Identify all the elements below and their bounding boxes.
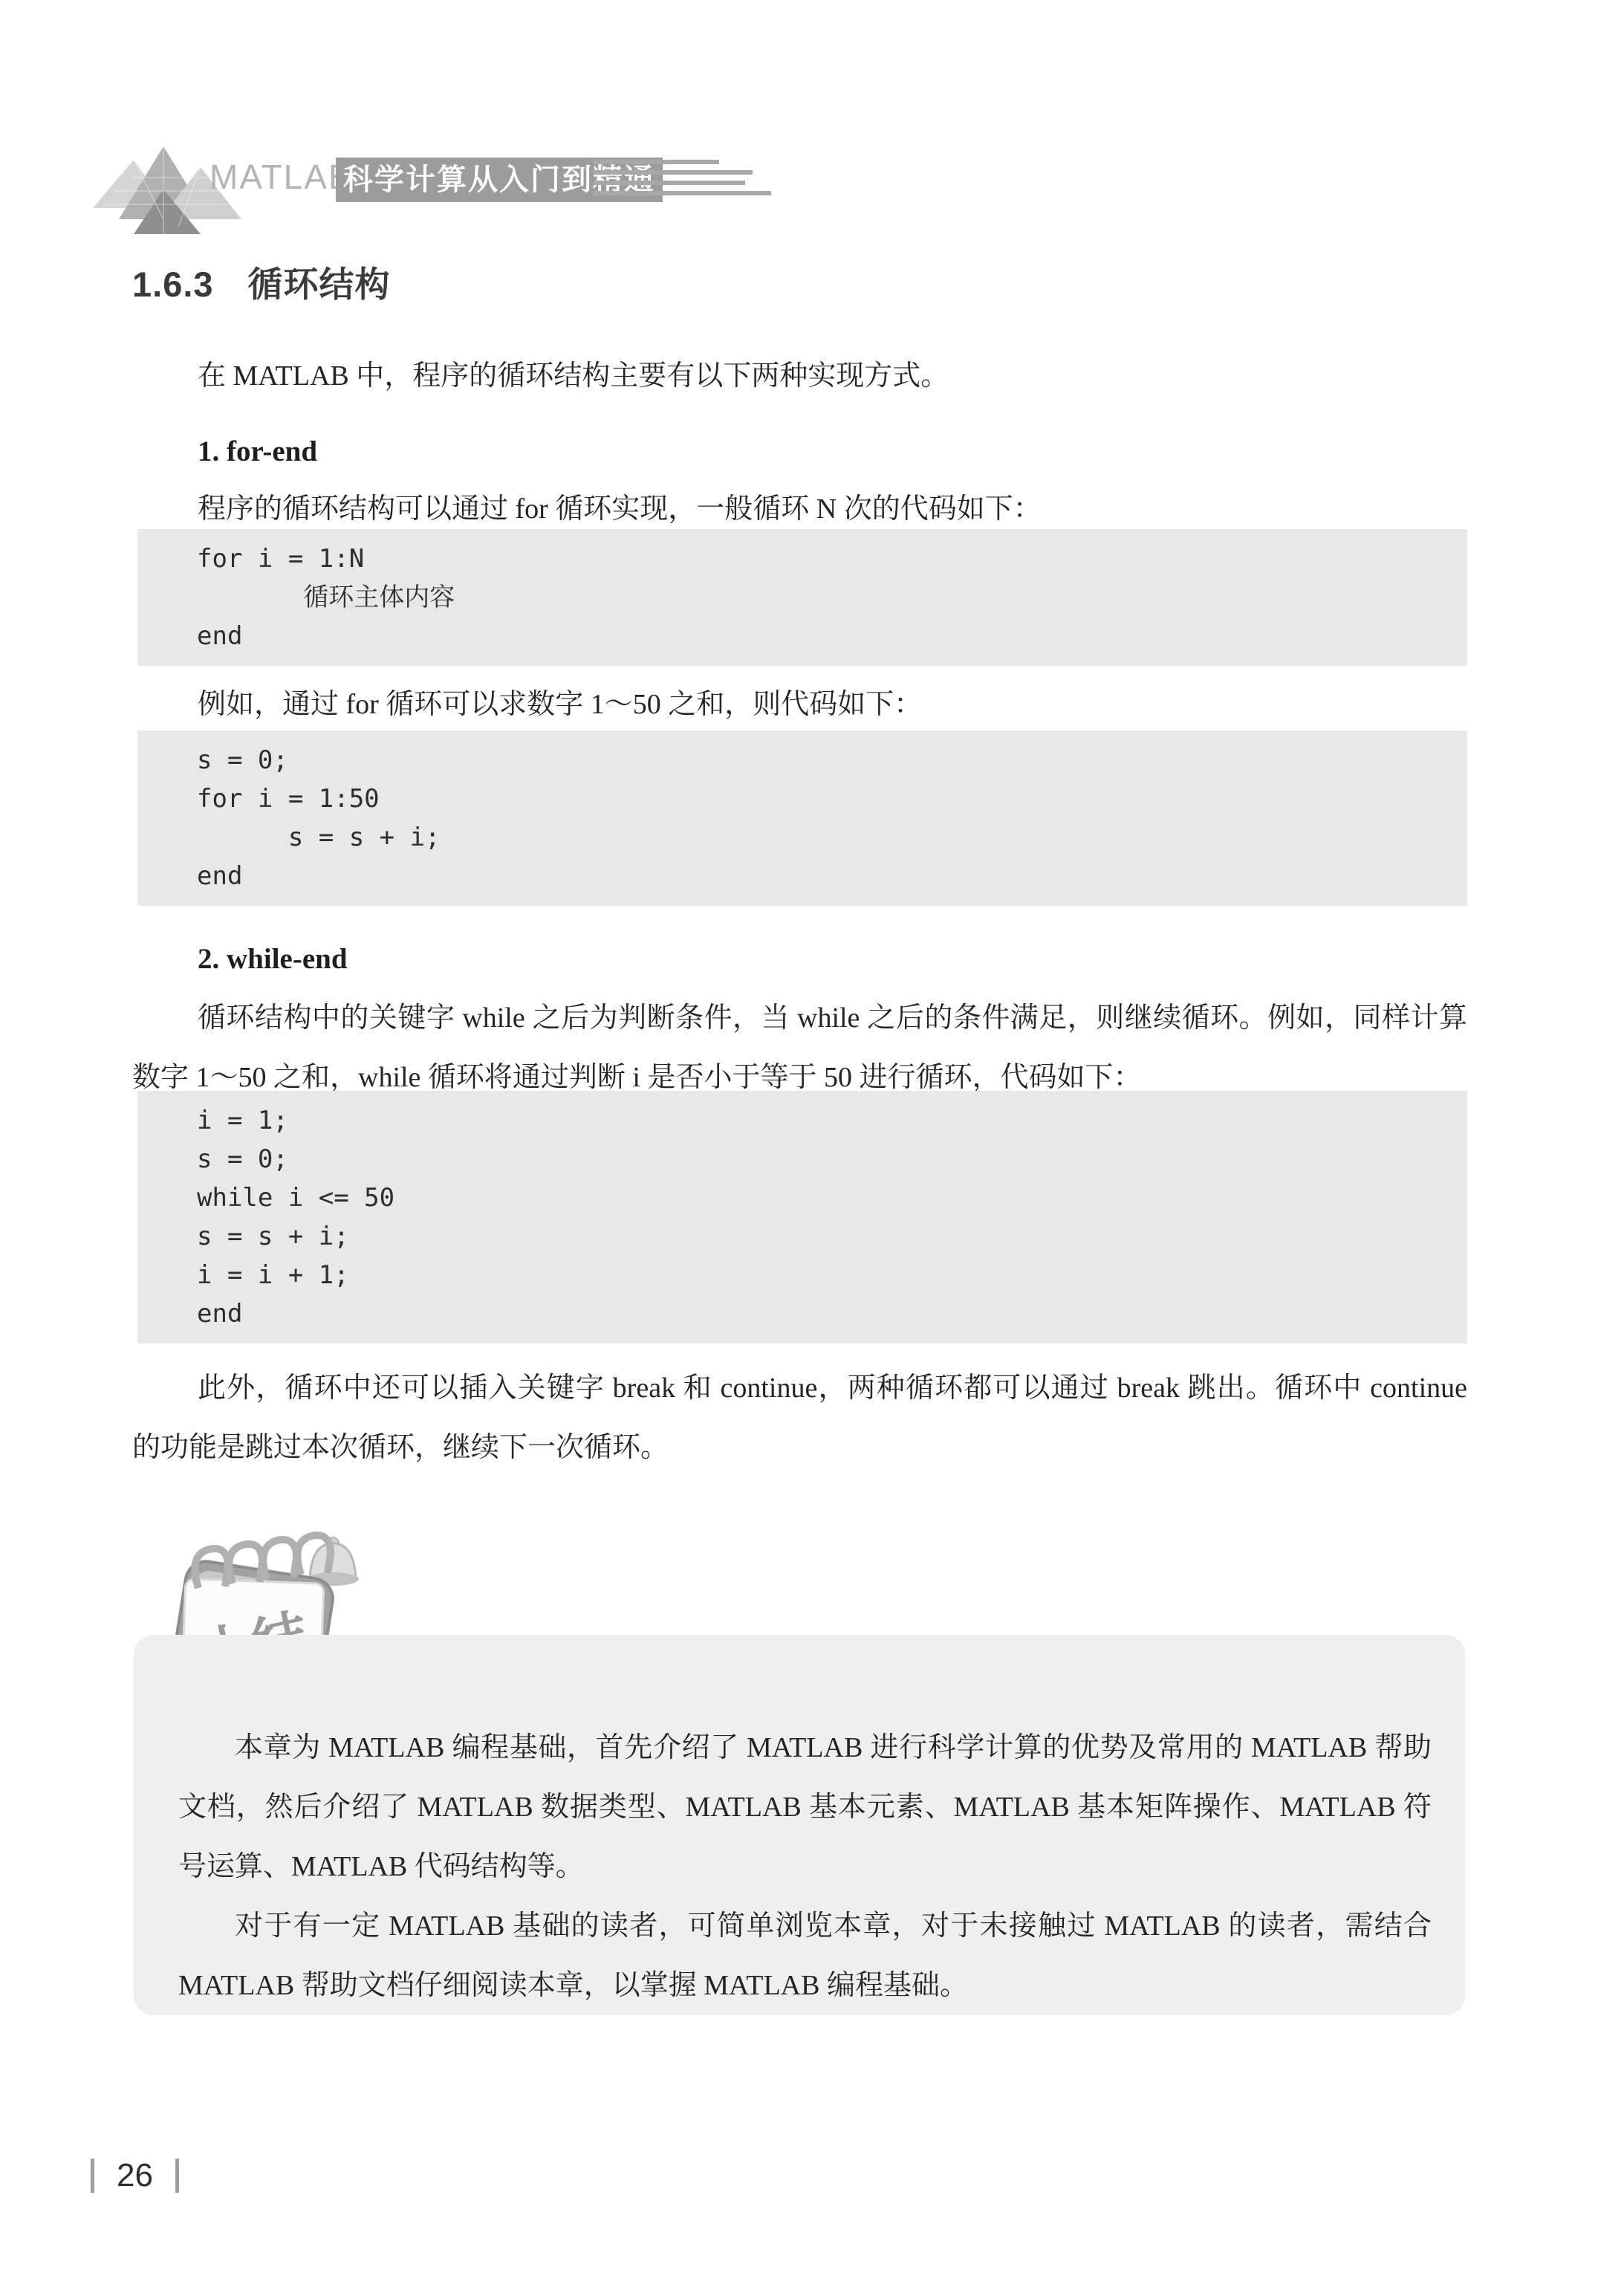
section-number: 1.6.3 xyxy=(132,265,214,304)
while-end-heading: 2. while-end xyxy=(198,942,348,976)
page-header: MATLAB 科学计算从入门到精通 xyxy=(89,137,817,242)
section-title: 1.6.3循环结构 xyxy=(132,257,391,307)
banner-line-2 xyxy=(593,170,753,175)
brand-text: MATLAB xyxy=(210,157,353,197)
code-block-while-sum: i = 1; s = 0; while i <= 50 s = s + i; i… xyxy=(137,1091,1467,1343)
while-end-lead: 循环结构中的关键字 while 之后为判断条件，当 while 之后的条件满足，… xyxy=(132,988,1467,1107)
summary-paragraph: 本章为 MATLAB 编程基础，首先介绍了 MATLAB 进行科学计算的优势及常… xyxy=(178,1718,1432,1896)
footer-bar-right xyxy=(175,2159,179,2193)
summary-paragraph: 对于有一定 MATLAB 基础的读者，可简单浏览本章，对于未接触过 MATLAB… xyxy=(178,1896,1432,2015)
page-number-footer: 26 xyxy=(91,2157,179,2194)
footer-bar-left xyxy=(91,2159,94,2193)
summary-box: 本章为 MATLAB 编程基础，首先介绍了 MATLAB 进行科学计算的优势及常… xyxy=(134,1635,1465,2015)
banner-line-4 xyxy=(593,191,771,195)
intro-paragraph: 在 MATLAB 中，程序的循环结构主要有以下两种实现方式。 xyxy=(132,346,1467,406)
section-title-text: 循环结构 xyxy=(248,265,391,304)
for-example-lead: 例如，通过 for 循环可以求数字 1～50 之和，则代码如下： xyxy=(132,675,1467,734)
banner-title: 科学计算从入门到精通 xyxy=(336,158,663,202)
banner-line-3 xyxy=(593,181,745,185)
code-block-for-template: for i = 1:N 循环主体内容 end xyxy=(137,529,1467,666)
for-end-heading: 1. for-end xyxy=(198,435,317,468)
code-block-for-sum: s = 0; for i = 1:50 s = s + i; end xyxy=(137,730,1467,906)
break-continue-note: 此外，循环中还可以插入关键字 break 和 continue，两种循环都可以通… xyxy=(132,1358,1467,1477)
page-number: 26 xyxy=(117,2157,153,2194)
banner-line-1 xyxy=(593,160,719,164)
